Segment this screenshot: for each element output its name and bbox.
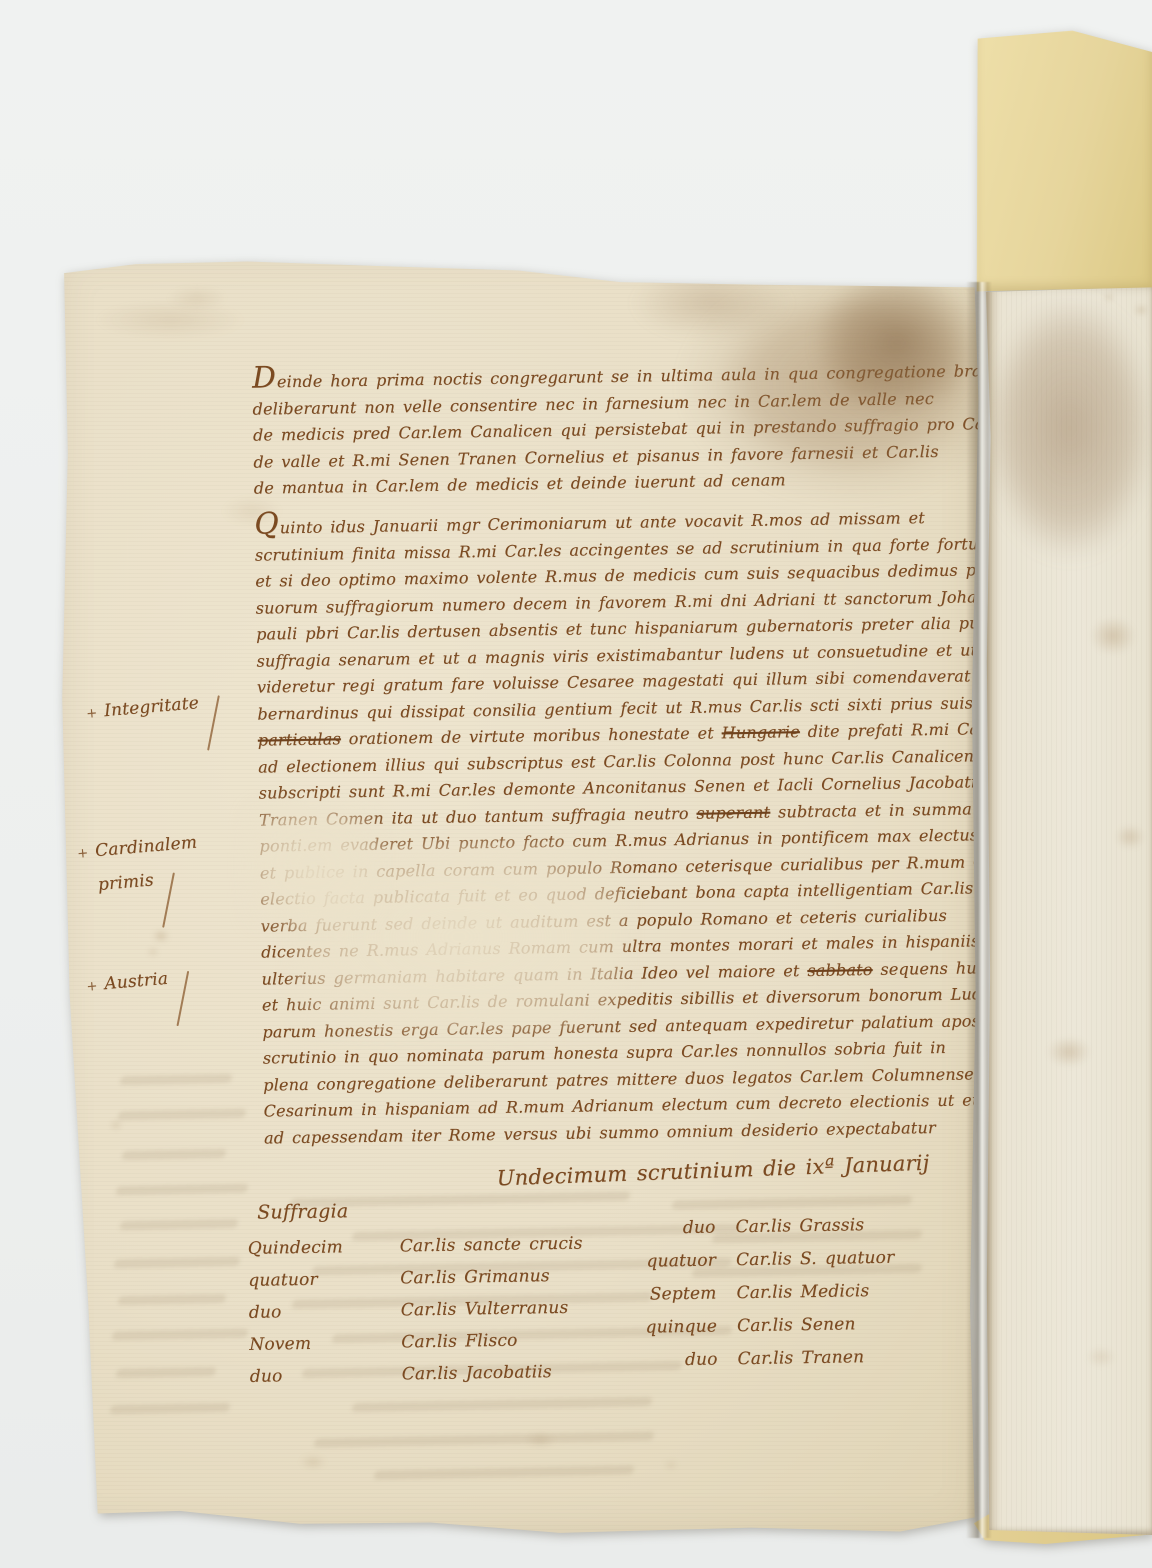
- vote-count: quatuor: [608, 1247, 716, 1275]
- cardinal-name: Car.lis Vulterranus: [401, 1298, 569, 1321]
- margin-note: +Integritate: [85, 692, 217, 762]
- margin-note-label: primis: [97, 870, 154, 895]
- suffrage-row: quatuorCar.lis S. quatuor: [608, 1245, 895, 1275]
- paragraph-first: Deinde hora prima noctis congregarunt se…: [252, 356, 978, 502]
- suffrage-row: duoCar.lis Vulterranus: [249, 1295, 584, 1326]
- cardinal-name: Car.lis Flisco: [401, 1331, 518, 1353]
- manuscript-page: Deinde hora prima noctis congregarunt se…: [52, 246, 984, 1538]
- manuscript-text: Deinde hora prima noctis congregarunt se…: [46, 234, 998, 1540]
- cardinal-name: Car.lis Senen: [737, 1314, 856, 1336]
- plus-mark: +: [77, 846, 89, 862]
- cardinal-name: Car.lis S. quatuor: [736, 1248, 895, 1270]
- stain-spot: [1104, 293, 1114, 301]
- vote-count: quatuor: [248, 1265, 398, 1293]
- plus-mark: +: [86, 706, 98, 722]
- yellow-insert-sheet: [975, 28, 1152, 294]
- margin-note: +Austria: [86, 968, 187, 1035]
- suffrage-column-left: QuindecimCar.lis sancte crucisquatuorCar…: [248, 1231, 585, 1396]
- pen-flourish: [207, 695, 220, 750]
- cardinal-name: Car.lis sancte crucis: [400, 1234, 583, 1257]
- vote-count: duo: [249, 1297, 399, 1325]
- plus-mark: +: [86, 979, 98, 995]
- stain-spot: [1090, 617, 1136, 655]
- suffrage-column-right: duoCar.lis GrassisquatuorCar.lis S. quat…: [607, 1212, 896, 1381]
- stain-spot: [1047, 1037, 1091, 1067]
- document-scan: { "margin_notes": [ { "mark": "+", "line…: [0, 0, 1152, 1568]
- suffrage-row: QuindecimCar.lis sancte crucis: [248, 1231, 583, 1262]
- facing-page: [986, 287, 1152, 1535]
- pen-flourish: [162, 872, 175, 927]
- suffrage-row: quinqueCar.lis Senen: [609, 1311, 896, 1341]
- stain-spot: [1134, 305, 1148, 315]
- page-stack: Deinde hora prima noctis congregarunt se…: [0, 0, 1152, 1568]
- stain-spot: [1086, 1347, 1116, 1367]
- suffrage-row: duoCar.lis Jacobatiis: [250, 1359, 585, 1390]
- stain: [970, 273, 1152, 583]
- pen-flourish: [176, 971, 189, 1026]
- vote-count: duo: [607, 1214, 715, 1242]
- stain-spot: [1115, 825, 1145, 849]
- margin-note-label: Cardinalem: [94, 833, 198, 862]
- cardinal-name: Car.lis Grimanus: [400, 1266, 550, 1288]
- vote-count: quinque: [609, 1313, 717, 1341]
- margin-note-label: Integritate: [103, 693, 199, 721]
- vote-count: Novem: [249, 1329, 399, 1357]
- scrutiny-heading: Undecimum scrutinium die ixª Januarij: [496, 1151, 929, 1191]
- vote-count: duo: [609, 1346, 717, 1374]
- suffrage-row: NovemCar.lis Flisco: [249, 1327, 584, 1358]
- cardinal-name: Car.lis Grassis: [735, 1215, 864, 1237]
- paragraph-second: Quinto idus Januarii mgr Cerimoniarum ut…: [254, 502, 988, 1151]
- margin-note: +Cardinalemprimis: [76, 833, 204, 936]
- vote-count: duo: [250, 1361, 400, 1389]
- margin-note-label: Austria: [104, 969, 169, 994]
- cardinal-name: Car.lis Tranen: [737, 1347, 864, 1369]
- vote-count: Septem: [608, 1280, 716, 1308]
- suffragia-label: Suffragia: [257, 1200, 348, 1223]
- suffrage-row: quatuorCar.lis Grimanus: [248, 1263, 583, 1294]
- suffrage-row: SeptemCar.lis Medicis: [608, 1278, 895, 1308]
- cardinal-name: Car.lis Medicis: [736, 1281, 869, 1303]
- suffrage-row: duoCar.lis Tranen: [609, 1344, 896, 1374]
- suffrage-row: duoCar.lis Grassis: [607, 1212, 894, 1242]
- vote-count: Quindecim: [248, 1233, 398, 1261]
- cardinal-name: Car.lis Jacobatiis: [402, 1362, 552, 1384]
